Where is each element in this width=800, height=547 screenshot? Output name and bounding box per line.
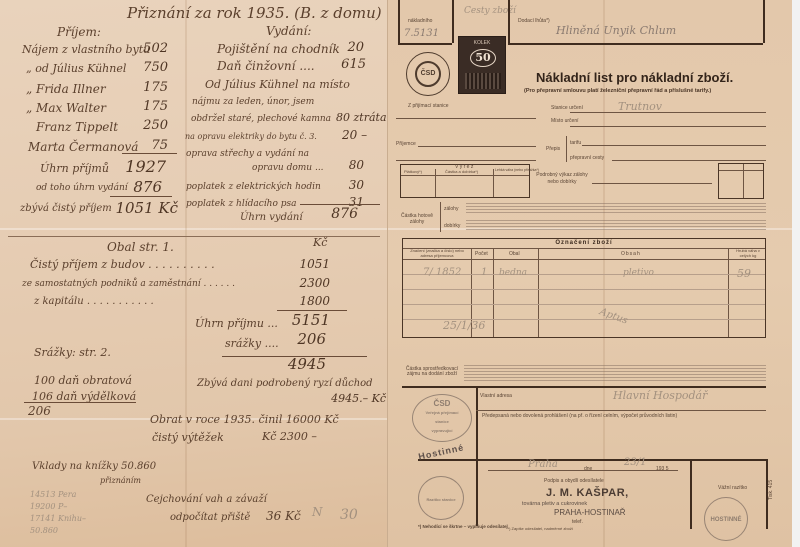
stamp-line: Veřejná přejímací <box>413 408 471 417</box>
expense-total-label: Úhrn vydání <box>240 212 303 223</box>
row-divider <box>403 259 765 260</box>
form-number: Tisk. 415 <box>768 480 774 500</box>
expense-item-label: Od Július Kühnel na místo <box>205 78 350 91</box>
stamp-text: Razítko stanice <box>426 497 455 502</box>
row-line <box>403 304 765 305</box>
row-line <box>403 289 765 290</box>
goods-count: 1 <box>481 267 487 278</box>
advance-amount-label: Částka hotově zálohy <box>396 213 438 225</box>
income-item-value: 502 <box>140 41 168 56</box>
row-divider <box>719 170 763 171</box>
charges-table: V y ř e z Plátkový*) Částka a dobírka*) … <box>400 164 530 198</box>
field-line <box>582 145 766 146</box>
bracket <box>440 202 441 232</box>
col-divider <box>538 248 539 337</box>
sender-city: PRAHA-HOSTINAŘ <box>554 508 626 517</box>
expense-item-label: poplatek z hlídacího psa <box>186 199 296 209</box>
charges-header: Částka a dobírka*) <box>445 169 478 174</box>
col-divider <box>493 248 494 337</box>
expense-item-value: 615 <box>336 57 366 72</box>
fee-box <box>718 163 764 199</box>
expense-item-label: poplatek z elektrických hodin <box>186 182 321 192</box>
income-item-label: „ od Július Kühnel <box>26 62 126 75</box>
col-rule <box>690 459 692 529</box>
net-income-label: zbývá čistý příjem <box>20 203 112 214</box>
station-stamp: ČSD Veřejná přejímací stanice vypravujíc… <box>412 394 472 442</box>
expense-subtract-label: od toho úhrn vydání <box>36 183 128 193</box>
cod-short-label: dobírky <box>444 223 460 229</box>
sender-phone: telef. <box>572 519 583 525</box>
box-edge <box>508 0 510 43</box>
date-place-hw: Praha <box>528 459 558 470</box>
date-dne-label: dne <box>584 466 592 472</box>
col-divider <box>743 164 744 198</box>
waybill-no-value: 7.5131 <box>404 28 439 39</box>
summary-row-label: z kapitálu . . . . . . . . . . . <box>34 296 154 307</box>
footnote-left: *) Nehodící se škrtne – vyplňuje odesíla… <box>418 524 508 529</box>
railway-logo: ČSD <box>406 52 450 96</box>
box-edge <box>452 0 454 43</box>
cod-amount-lines <box>466 220 766 232</box>
declared-value-lines <box>464 365 766 383</box>
delivery-handwriting: Hliněná Unyik Chlum <box>556 24 676 37</box>
section-rule <box>418 459 766 461</box>
summary-row-value: 1800 <box>296 294 330 308</box>
expense-item-label: Pojištění na chodník <box>217 42 340 56</box>
goods-packaging: bedna <box>499 268 527 278</box>
advance-amount-lines <box>466 203 766 215</box>
tariff-label: tarifu <box>570 140 581 146</box>
waybill-no-label: nákladního <box>408 18 432 24</box>
expense-item-label: nájmu za leden, únor, jsem <box>192 97 314 107</box>
pencil-note: 14513 Pera <box>30 490 76 499</box>
summary-row-label: Čistý příjem z budov . . . . . . . . . . <box>30 258 215 271</box>
wheel-icon: ČSD <box>415 61 441 87</box>
pencil-note: 19200 P– <box>30 502 67 511</box>
summary-total: 5151 <box>290 311 330 329</box>
delivery-term-label: Dodací lhůta*) <box>518 18 550 24</box>
weight-stamp-label: Vážní razítko <box>718 485 747 491</box>
goods-col-header: Obal <box>509 251 520 257</box>
income-item-label: „ Frida Illner <box>26 82 106 96</box>
goods-marks: 7/ 1852 <box>423 267 461 278</box>
form-subtitle: (Pro přepravní smlouvu platí železniční … <box>524 88 711 94</box>
income-total-label: Úhrn příjmů <box>40 162 109 175</box>
deduction-item: 100 daň obratová <box>34 374 132 387</box>
revenue-stamp: KOLEK 50 <box>458 36 506 94</box>
stamp-line: stanice <box>413 417 471 426</box>
goods-weight: 59 <box>737 267 751 280</box>
charges-header: Lehká váha (nebo přirážka*) <box>495 168 539 172</box>
income-item-value: 250 <box>140 118 168 133</box>
pencil-date: 25/1/36 <box>443 319 485 332</box>
stamp-caption: KOLEK <box>459 40 505 46</box>
stamp-lion-icon <box>465 73 501 89</box>
own-address-label: Vlastní adresa <box>480 393 512 399</box>
route-label: přepravní cesty <box>570 155 604 161</box>
expense-item-value: 20 <box>340 40 364 55</box>
summary-row-value: 2300 <box>296 276 330 290</box>
pencil-mark: 30 <box>340 507 358 523</box>
net-yield-label: čistý výtěžek <box>152 431 224 444</box>
charges-header: Plátkový*) <box>404 169 422 174</box>
row-divider <box>401 175 529 176</box>
pencil-note: 50.860 <box>30 526 58 535</box>
summary-result: 4945 <box>284 355 326 373</box>
net-yield-value: Kč 2300 – <box>262 430 317 443</box>
dest-station-hw: Trutnov <box>618 100 662 113</box>
expense-item-value: 20 – <box>342 128 372 142</box>
from-station-label: Z přijímací stanice <box>408 103 449 109</box>
receiver-label: Příjemce <box>396 141 416 147</box>
taxable-income-value: 4945.– Kč <box>326 392 386 405</box>
footnote-right: **) Zapíše odesílatel, nadměrné zboží <box>506 526 573 531</box>
expense-total: 876 <box>328 206 358 222</box>
summary-row-label: ze samostatných podniků a zaměstnání . .… <box>22 279 235 289</box>
income-item-value: 175 <box>140 99 168 114</box>
bracket <box>566 136 567 162</box>
stamp-value: 50 <box>470 49 496 67</box>
box-edge <box>398 0 400 43</box>
income-item-value: 175 <box>140 80 168 95</box>
pencil-note: 17141 Knihu– <box>30 514 86 523</box>
pencil-mark: N <box>312 505 323 519</box>
via-label: Přepis <box>546 146 560 152</box>
box-edge <box>508 43 763 45</box>
currency-label: Kč <box>313 236 327 249</box>
hostinne-stamp: HOSTINNÉ <box>704 497 748 541</box>
income-item-value: 75 <box>140 138 168 153</box>
deductions-total: 206 <box>28 404 51 418</box>
field-line <box>592 183 712 184</box>
income-item-label: Nájem z vlastního bytu <box>22 43 150 56</box>
expense-heading: Vydání: <box>266 24 311 38</box>
waybill-page: nákladního 7.5131 Cesty zboží Dodací lhů… <box>388 0 792 547</box>
net-income-value: 1051 Kč <box>112 199 178 217</box>
goods-col-header: Počet <box>475 251 488 257</box>
cod-label: Podrobný výkaz zálohy nebo dobírky <box>536 172 588 186</box>
prescribed-label: Předepsaná nebo dovolená prohlášení (na … <box>482 413 677 419</box>
dest-station-label: Stanice určení <box>551 105 583 111</box>
sum-rule <box>24 402 136 403</box>
col-divider <box>435 169 436 197</box>
sum-rule <box>110 196 172 197</box>
income-heading: Příjem: <box>57 25 101 39</box>
goods-contents: pletivo <box>623 268 654 278</box>
field-line <box>612 160 766 161</box>
col-divider <box>493 169 494 197</box>
col-divider <box>728 248 729 337</box>
income-item-label: Marta Čermanová <box>28 140 138 154</box>
calibration-value: 36 Kč <box>266 509 301 523</box>
income-item-value: 750 <box>140 60 168 75</box>
goods-col-header: Značení (značka a číslo) nebo adresa pří… <box>405 249 469 258</box>
income-item-label: „ Max Walter <box>26 101 106 115</box>
advance-label: zálohy <box>444 206 458 212</box>
expense-item-value: 80 ztráta <box>336 111 388 124</box>
stamp-line: vypravující <box>413 426 471 435</box>
dest-place-label: Místo určení <box>551 118 579 124</box>
deductions-heading: Srážky: str. 2. <box>34 346 111 359</box>
pencil-signature: Aptus <box>598 306 629 326</box>
field-line <box>488 470 678 471</box>
stamp-line: ČSD <box>413 399 471 408</box>
goods-table: Označení zboží Značení (značka a číslo) … <box>402 238 766 338</box>
field-line <box>418 146 536 147</box>
expense-subtract-value: 876 <box>126 178 162 196</box>
own-address-hw: Hlavní Hospodář <box>613 389 707 402</box>
fold-line <box>0 228 387 230</box>
summary-row-value: 1051 <box>296 257 330 271</box>
field-line <box>570 112 766 113</box>
expense-item-label: oprava střechy a vydání na <box>186 149 309 159</box>
declared-value-label: Částka sprostředkovací zájmu na dodání z… <box>404 367 460 377</box>
taxable-income-label: Zbývá dani podrobený ryzí důchod <box>197 378 373 389</box>
summary-heading: Obal str. 1. <box>107 240 174 254</box>
expense-item-value: 80 <box>340 158 364 172</box>
sum-rule <box>300 204 380 205</box>
box-edge <box>763 0 765 43</box>
sum-rule <box>122 153 177 154</box>
expense-item-label: opravu domu ... <box>252 163 324 173</box>
summary-total-label: Úhrn příjmu ... <box>195 317 278 330</box>
expense-item-label: Daň činžovní .... <box>217 59 315 73</box>
sender-business: továrna pletiv a cukrovinek <box>522 501 587 507</box>
box-edge <box>398 43 452 45</box>
fold-line <box>185 0 187 547</box>
tax-declaration-page: Přiznání za rok 1935. (B. z domu) Příjem… <box>0 0 388 547</box>
field-line <box>396 118 536 119</box>
summary-deduct: 206 <box>290 330 326 348</box>
goods-title: Označení zboží <box>403 240 765 246</box>
section-rule <box>402 386 766 388</box>
calibration-note: odpočítat přiště <box>170 512 250 523</box>
form-title: Nákladní list pro nákladní zboží. <box>536 70 733 85</box>
turnover-line: Obrat v roce 1935. činil 16000 Kč <box>150 413 339 426</box>
expense-item-value: 30 <box>340 178 364 192</box>
col-rule <box>476 386 478 526</box>
income-item-label: Franz Tippelt <box>36 120 118 134</box>
field-line <box>476 410 766 411</box>
income-total: 1927 <box>118 157 166 176</box>
goods-col-header: Obsah <box>621 251 641 257</box>
field-line <box>396 160 536 161</box>
sender-company: J. M. KAŠPAR, <box>546 487 629 499</box>
page-title: Přiznání za rok 1935. (B. z domu) <box>127 4 382 22</box>
summary-deduct-label: srážky .... <box>225 337 279 350</box>
deposits-line: Vklady na knížky 50.860 <box>32 461 156 472</box>
acceptance-stamp: Razítko stanice <box>418 476 464 520</box>
expense-item-label: na opravu elektriky do bytu č. 3. <box>185 132 317 141</box>
expense-item-label: obdržel staré, plechové kamna <box>191 114 331 124</box>
signature-caption: Podpis a obydlí odesílatele <box>544 478 604 484</box>
calibration-line: Cejchování vah a závaží <box>146 494 267 505</box>
goods-col-header: Hrubá váha v celých kg <box>730 249 766 258</box>
date-value-hw: 23/1 <box>624 457 646 468</box>
deposits-note: přiznáním <box>100 476 141 485</box>
field-line <box>570 126 766 127</box>
date-year: 193 5 <box>656 466 669 472</box>
